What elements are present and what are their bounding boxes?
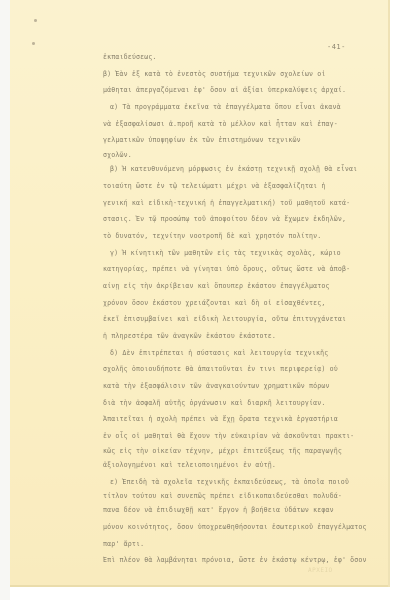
text-line: γενική καὶ εἰδικὴ-τεχνική ἡ ἐπαγγελματικ…	[103, 195, 368, 212]
text-line: β) Ἡ κατευθυνόμενη μόρφωσις ἐν ἑκάστῃ τε…	[103, 161, 368, 178]
text-line: β) Ἐὰν ἐξ κατὰ τὸ ἐνεστὸς συστήμα τεχνικ…	[103, 66, 368, 83]
scan-margin	[0, 0, 10, 600]
text-line: στασις. Ἐν τῷ προσώπῳ τοῦ ἀποφοίτου δέον…	[103, 211, 368, 228]
text-line: ε) Ἐπειδὴ τὰ σχολεῖα τεχνικῆς ἐκπαιδεύσε…	[103, 474, 368, 491]
text-line: κῶς εἰς τὴν οἰκείαν τέχνην, μέχρι ἐπιτεύ…	[103, 445, 368, 457]
text-line: γελματικῶν ὑποψηφίων ἐκ τῶν ἐπιστημόνων …	[103, 132, 368, 149]
text-line: ἀξιολογημένοι καὶ τελειοποιημένοι ἐν αὐτ…	[103, 457, 368, 474]
punch-hole-mark	[32, 42, 35, 45]
text-line: πανα δέον νὰ ἐπιδιωχθῇ κατ' ἔργον ἡ βοήθ…	[103, 502, 368, 519]
text-line: δ) Δὲν ἐπιτρέπεται ἡ σύστασις καὶ λειτου…	[103, 345, 368, 362]
text-line: αίνῃ εἰς τὴν ἀκρίβειαν καὶ ὅπουπερ ἑκάστ…	[103, 278, 368, 295]
text-line: κατηγορίας, πρέπει νὰ γίνηται ὑπὸ ὅρους,…	[103, 261, 368, 278]
text-line: γ) Ἡ κίνητικὴ τῶν μαθητῶν εἰς τὰς τεχνικ…	[103, 245, 368, 262]
text-line: χρόνον ὅσον ἑκάστου χρειάζονται καὶ δὴ ο…	[103, 295, 368, 312]
text-line: παρ' ἄρτι.	[103, 536, 368, 553]
text-line: μάθηται ἀπεργαζόμεναι ἐφ' ὅσον αἱ ἀξίαι …	[103, 82, 368, 99]
document-body: ἐκπαιδεύσεως.β) Ἐὰν ἐξ κατὰ τὸ ἐνεστὸς σ…	[103, 49, 368, 569]
text-line: τίτλον τούτου καὶ συνεπῶς πρέπει εἰδικοπ…	[103, 490, 368, 502]
text-line: ἐκπαιδεύσεως.	[103, 49, 368, 66]
text-line: σχολῶν.	[103, 149, 368, 161]
archive-stamp: ΑΡΧΕΙΟ	[308, 567, 333, 574]
text-line: ἡ πληρεστέρα τῶν ἀναγκῶν ἑκάστου ἐκάστοτ…	[103, 328, 368, 345]
text-line: σχολῆς ὁποιουδήποτε θὰ ἀπαιτοῦνται ἐν τι…	[103, 361, 368, 378]
text-line: κατὰ τὴν ἐξασφάλισιν τῶν ἀναγκαιούντων χ…	[103, 378, 368, 395]
punch-hole-mark	[34, 19, 37, 22]
text-line: Ἀπαιτεῖται ἡ σχολὴ πρέπει νὰ ἔχῃ ὅρατα τ…	[103, 411, 368, 428]
text-line: τοιαύτη ὥστε ἐν τῷ τελειώματι μέχρι νὰ ἐ…	[103, 178, 368, 195]
text-line: ἐκεῖ ἐπισυμβαίνει καὶ εἰδικὴ λειτουργία,…	[103, 311, 368, 328]
text-line: τὸ δυνατόν, τεχνίτην νοοτροπῆ δὲ καὶ χρη…	[103, 228, 368, 245]
text-line: ἐν οἷς οἱ μαθηταὶ θὰ ἔχουν τὴν εὐκαιρίαν…	[103, 428, 368, 445]
text-line: νὰ ἐξασφαλίσωσι ἀ.προῆ κατὰ τὸ μέλλον κα…	[103, 116, 368, 133]
text-line: α) Τὰ προγράμματα ἐκεῖνα τὰ ἐπαγγέλματα …	[103, 99, 368, 116]
text-line: μόνον κοινότητος, ὅσον ὑποχρεωθηθήσονται…	[103, 519, 368, 536]
text-line: διὰ τὴν ἀσφαλῆ αὐτῆς ὀργάνωσιν καὶ διαρκ…	[103, 395, 368, 412]
